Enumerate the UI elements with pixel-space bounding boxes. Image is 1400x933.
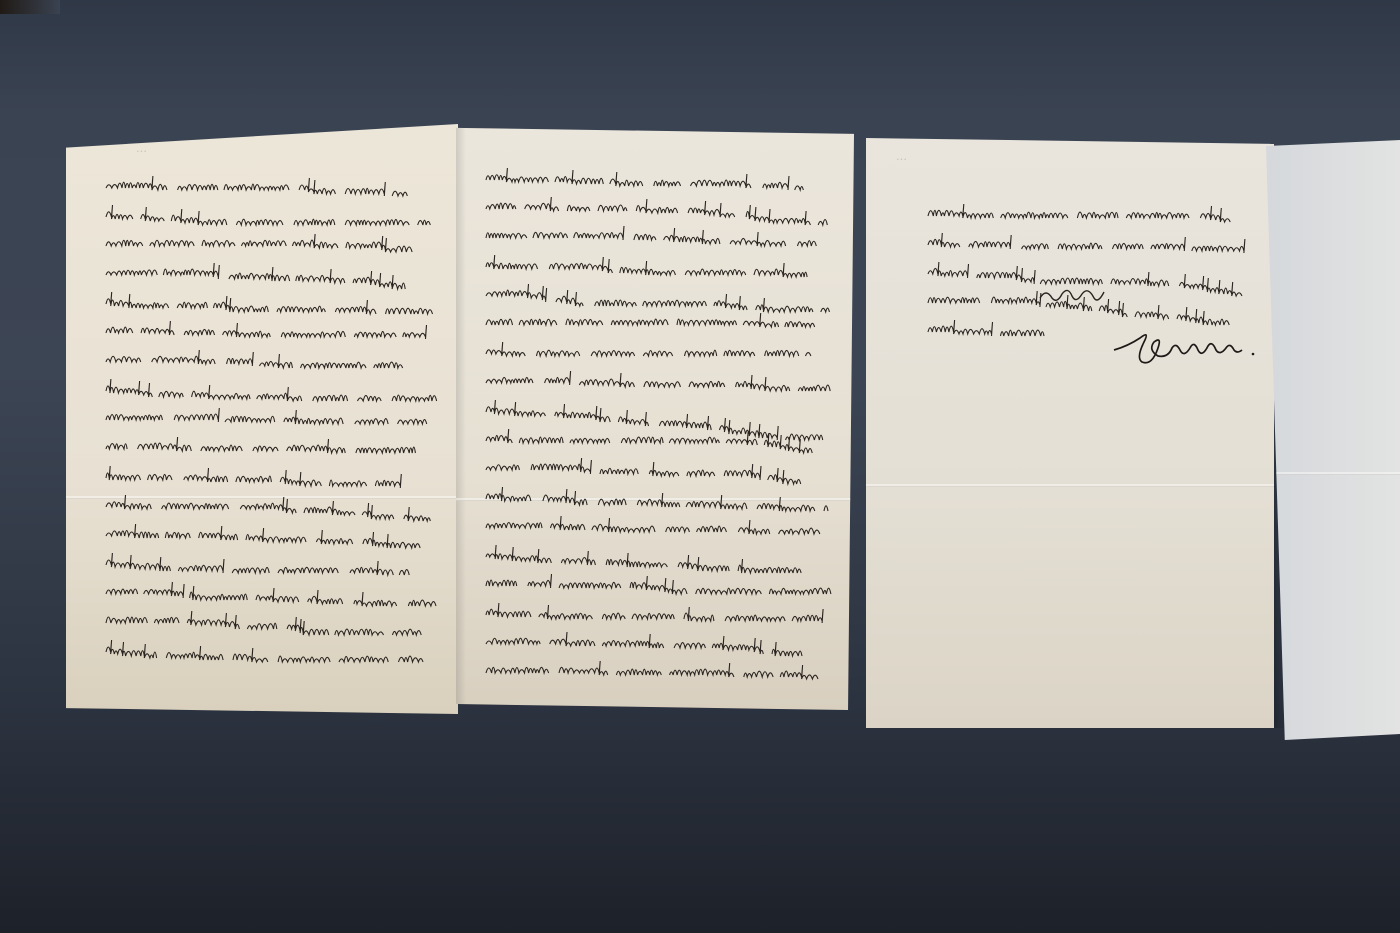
handwritten-line [486,251,836,280]
handwritten-line [486,338,836,367]
handwritten-line [486,454,836,483]
closing-line [1036,284,1126,310]
handwritten-line [106,549,438,578]
handwritten-line [486,193,836,222]
handwritten-line [486,657,836,686]
handwritten-line [928,229,1258,258]
letter-page-left: … [66,124,458,714]
handwritten-line [106,491,438,520]
table-corner [0,0,60,14]
handwritten-line [486,512,836,541]
handwritten-text-block [106,172,438,665]
handwritten-line [106,230,438,259]
handwritten-line [486,628,836,657]
letter-page-middle [456,116,854,710]
fold-line [1266,908,1400,911]
letter-page-right: … [866,138,1274,728]
handwritten-line [106,288,438,317]
handwritten-line [486,570,836,599]
signature [1110,328,1260,376]
handwritten-line [106,520,438,549]
handwritten-line [486,483,836,512]
handwritten-line [486,367,836,396]
handwritten-line [486,309,836,338]
handwritten-line [106,172,438,201]
handwritten-line [106,578,438,607]
handwritten-line [106,607,438,636]
handwritten-line [486,599,836,628]
handwritten-line [106,404,438,433]
handwritten-line [486,280,836,309]
page-gutter [456,116,466,710]
handwritten-line [106,317,438,346]
handwritten-text-block [486,164,836,686]
handwritten-line [486,222,836,251]
handwritten-line [486,396,836,425]
handwritten-text-block [928,200,1258,345]
handwritten-line [106,346,438,375]
handwritten-line [928,258,1258,287]
letter-page-blank [1266,140,1400,740]
handwritten-line [928,200,1258,229]
handwritten-line [106,462,438,491]
fold-line [866,484,1274,487]
handwritten-line [486,541,836,570]
handwritten-line [106,636,438,665]
handwritten-line [106,433,438,462]
handwritten-line [106,375,438,404]
handwritten-line [486,164,836,193]
handwritten-line [106,259,438,288]
faint-header: … [136,142,148,155]
handwritten-line [486,425,836,454]
handwritten-line [106,201,438,230]
faint-header: … [896,150,908,163]
fold-line [1266,472,1400,475]
